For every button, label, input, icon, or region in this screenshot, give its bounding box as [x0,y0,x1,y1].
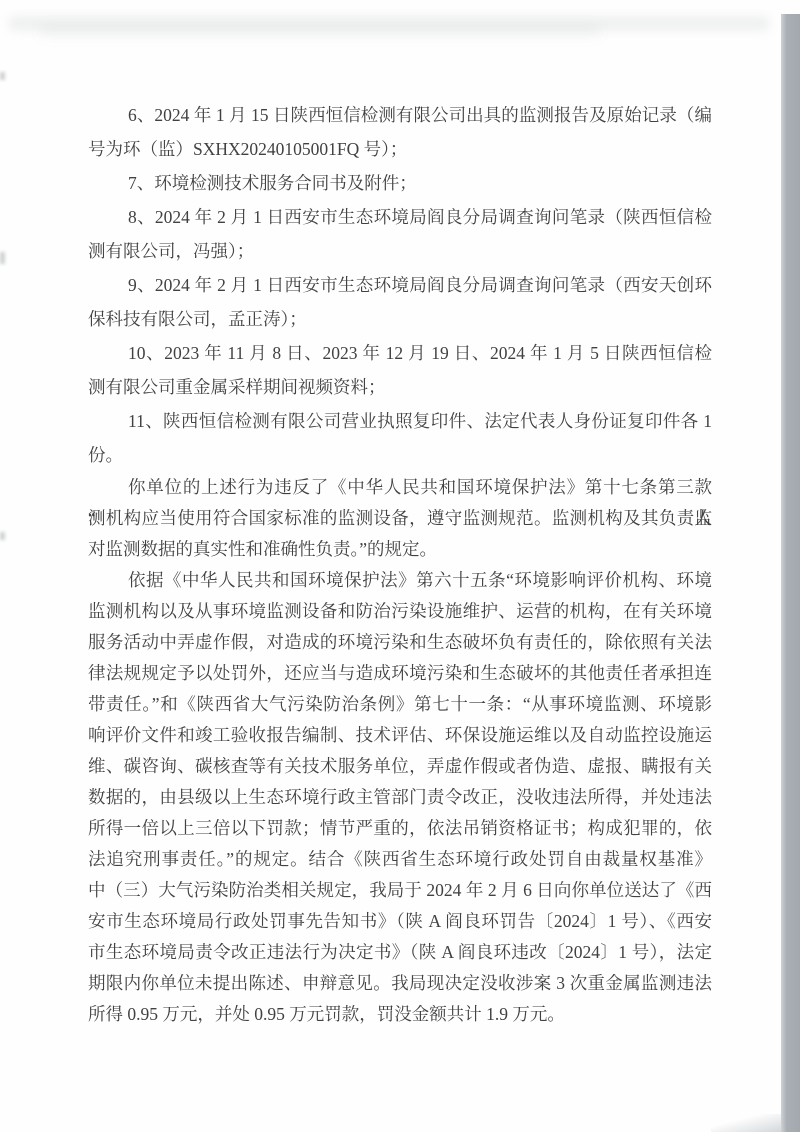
document-line: 监测机构以及从事环境监测设备和防治污染设施维护、运营的机构，在有关环境 [88,596,712,627]
document-line: 期限内你单位未提出陈述、申辩意见。我局现决定没收涉案 3 次重金属监测违法 [88,968,712,999]
document-line: 律法规规定予以处罚外，还应当与造成环境污染和生态破坏的其他责任者承担连 [88,658,712,689]
document-line: 6、2024 年 1 月 15 日陕西恒信检测有限公司出具的监测报告及原始记录（… [88,98,712,132]
document-line: 所得一倍以上三倍以下罚款；情节严重的，依法吊销资格证书；构成犯罪的，依 [88,813,712,844]
evidence-item-7: 7、环境检测技术服务合同书及附件； [88,166,712,200]
document-line: 所得 0.95 万元，并处 0.95 万元罚款，罚没金额共计 1.9 万元。 [88,999,712,1030]
document-body: 6、2024 年 1 月 15 日陕西恒信检测有限公司出具的监测报告及原始记录（… [88,98,712,1030]
evidence-item-11: 11、陕西恒信检测有限公司营业执照复印件、法定代表人身份证复印件各 1 份。 [88,404,712,472]
document-line: 号为环（监）SXHX20240105001FQ 号）； [88,132,712,166]
document-line: 10、2023 年 11 月 8 日、2023 年 12 月 19 日、2024… [88,336,712,370]
evidence-item-8: 8、2024 年 2 月 1 日西安市生态环境局阎良分局调查询问笔录（陕西恒信检… [88,200,712,268]
document-line: 份。 [88,438,712,472]
document-line: 响评价文件和竣工验收报告编制、技术评估、环保设施运维以及自动监控设施运 [88,720,712,751]
document-line: 测有限公司，冯强）； [88,234,712,268]
document-line: 市生态环境局责令改正违法行为决定书》（陕 A 阎良环违改〔2024〕1 号），法… [88,937,712,968]
scan-artifact [0,72,5,80]
document-line: 带责任。”和《陕西省大气污染防治条例》第七十一条：“从事环境监测、环境影 [88,689,712,720]
document-line: 保科技有限公司，孟正涛）； [88,302,712,336]
page-corner-shadow [711,1114,781,1132]
document-line: 对监测数据的真实性和准确性负责。”的规定。 [88,534,712,565]
document-line: 服务活动中弄虚作假，对造成的环境污染和生态破坏负有责任的，除依照有关法 [88,627,712,658]
evidence-item-6: 6、2024 年 1 月 15 日陕西恒信检测有限公司出具的监测报告及原始记录（… [88,98,712,166]
scan-smudge-band [40,26,600,36]
document-line: 法追究刑事责任。”的规定。结合《陕西省生态环境行政处罚自由裁量权基准》 [88,844,712,875]
document-line: 测有限公司重金属采样期间视频资料； [88,370,712,404]
document-line: 依据《中华人民共和国环境保护法》第六十五条“环境影响评价机构、环境 [88,565,712,596]
paragraph-penalty-decision: 依据《中华人民共和国环境保护法》第六十五条“环境影响评价机构、环境 监测机构以及… [88,565,712,1030]
evidence-item-9: 9、2024 年 2 月 1 日西安市生态环境局阎良分局调查询问笔录（西安天创环… [88,268,712,336]
document-line: 数据的，由县级以上生态环境行政主管部门责令改正，没收违法所得，并处违法 [88,782,712,813]
scan-artifact [0,532,5,540]
scan-artifact [0,252,5,264]
document-line: 11、陕西恒信检测有限公司营业执照复印件、法定代表人身份证复印件各 1 [88,404,712,438]
scanner-edge-strip [781,14,800,1132]
document-line: 维、碳咨询、碳核查等有关技术服务单位，弄虚作假或者伪造、虚报、瞒报有关 [88,751,712,782]
document-line: 9、2024 年 2 月 1 日西安市生态环境局阎良分局调查询问笔录（西安天创环 [88,268,712,302]
document-line: 中（三）大气污染防治类相关规定，我局于 2024 年 2 月 6 日向你单位送达… [88,875,712,906]
document-line: 安市生态环境局行政处罚事先告知书》（陕 A 阎良环罚告〔2024〕1 号）、《西… [88,906,712,937]
paragraph-violation: 你单位的上述行为违反了《中华人民共和国环境保护法》第十七条第三款“监 测机构应当… [88,472,712,565]
document-page: 6、2024 年 1 月 15 日陕西恒信检测有限公司出具的监测报告及原始记录（… [0,0,800,1132]
document-line: 8、2024 年 2 月 1 日西安市生态环境局阎良分局调查询问笔录（陕西恒信检 [88,200,712,234]
document-line: 7、环境检测技术服务合同书及附件； [88,166,712,200]
document-line: 你单位的上述行为违反了《中华人民共和国环境保护法》第十七条第三款“监 [88,472,712,503]
document-line: 测机构应当使用符合国家标准的监测设备，遵守监测规范。监测机构及其负责人 [88,503,712,534]
evidence-item-10: 10、2023 年 11 月 8 日、2023 年 12 月 19 日、2024… [88,336,712,404]
